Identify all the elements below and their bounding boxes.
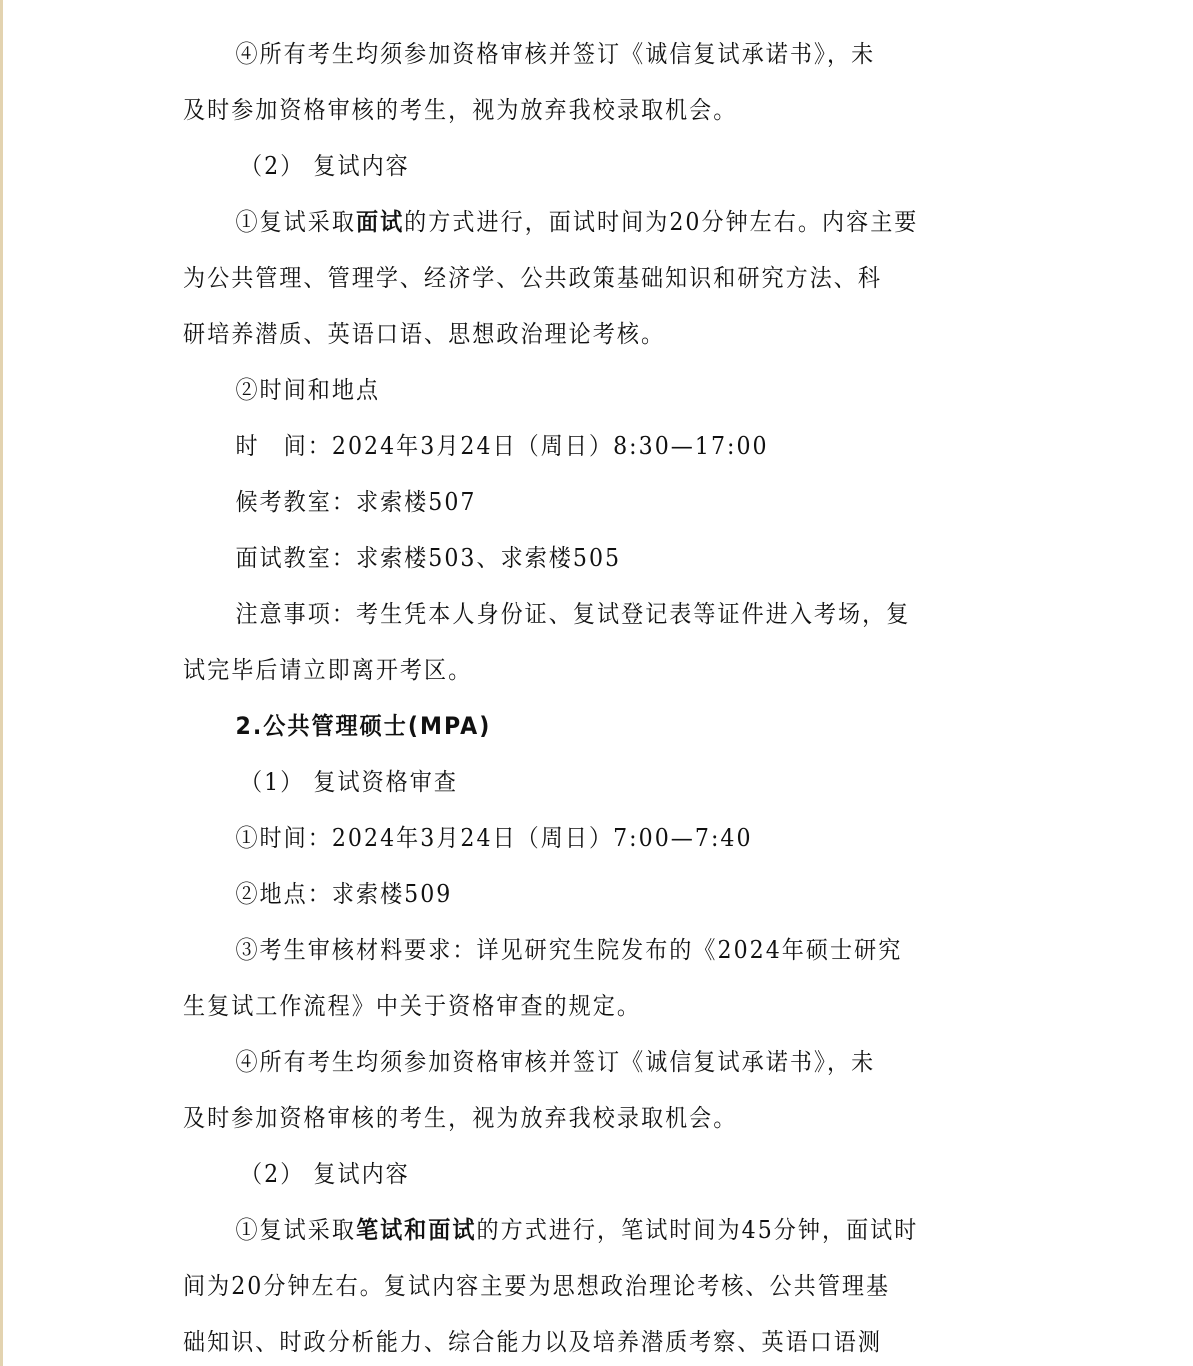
paragraph-line: ①复试采取笔试和面试的方式进行，笔试时间为45分钟，面试时 (183, 1202, 947, 1258)
paragraph-line: 生复试工作流程》中关于资格审查的规定。 (183, 978, 947, 1034)
bold-text: 面试 (356, 207, 404, 236)
time-label: 时 间： (235, 432, 331, 460)
paragraph-line: 础知识、时政分析能力、综合能力以及培养潜质考察、英语口语测 (183, 1314, 947, 1366)
qualification-time: ①时间：2024年3月24日（周日）7:00—7:40 (183, 810, 947, 866)
notes-line: 试完毕后请立即离开考区。 (183, 642, 947, 698)
text-run: ①复试采取 (235, 1216, 356, 1244)
waiting-room-value: 求索楼507 (356, 488, 477, 516)
subsection-heading: （2） 复试内容 (183, 1146, 947, 1202)
paragraph-line: 间为20分钟左右。复试内容主要为思想政治理论考核、公共管理基 (183, 1258, 947, 1314)
bold-text: 笔试和面试 (356, 1215, 477, 1244)
interview-room-value: 求索楼503、求索楼505 (356, 544, 621, 572)
subsection-heading: （1） 复试资格审查 (183, 754, 947, 810)
document-page: ④所有考生均须参加资格审核并签订《诚信复试承诺书》，未 及时参加资格审核的考生，… (183, 26, 1013, 1366)
page-edge-strip (0, 0, 3, 1366)
subsection-heading: （2） 复试内容 (183, 138, 947, 194)
paragraph-line: 研培养潜质、英语口语、思想政治理论考核。 (183, 306, 947, 362)
time-row: 时 间：2024年3月24日（周日）8:30—17:00 (183, 418, 947, 474)
paragraph-line: ③考生审核材料要求：详见研究生院发布的《2024年硕士研究 (183, 922, 947, 978)
paragraph-line: 及时参加资格审核的考生，视为放弃我校录取机会。 (183, 82, 947, 138)
paragraph-line: 及时参加资格审核的考生，视为放弃我校录取机会。 (183, 1090, 947, 1146)
time-value: 2024年3月24日（周日）8:30—17:00 (332, 432, 769, 460)
waiting-room-row: 候考教室：求索楼507 (183, 474, 947, 530)
notes-line: 注意事项：考生凭本人身份证、复试登记表等证件进入考场，复 (183, 586, 947, 642)
interview-room-label: 面试教室： (235, 544, 356, 572)
section-heading-mpa: 2.公共管理硕士(MPA) (183, 698, 947, 754)
paragraph-line: ④所有考生均须参加资格审核并签订《诚信复试承诺书》，未 (183, 1034, 947, 1090)
paragraph-line: 为公共管理、管理学、经济学、公共政策基础知识和研究方法、科 (183, 250, 947, 306)
qualification-place: ②地点：求索楼509 (183, 866, 947, 922)
subheading-time-place: ②时间和地点 (183, 362, 947, 418)
paragraph-line: ④所有考生均须参加资格审核并签订《诚信复试承诺书》，未 (183, 26, 947, 82)
text-run: 的方式进行，面试时间为20分钟左右。内容主要 (404, 208, 918, 236)
interview-room-row: 面试教室：求索楼503、求索楼505 (183, 530, 947, 586)
text-run: ①复试采取 (235, 208, 356, 236)
paragraph-line: ①复试采取面试的方式进行，面试时间为20分钟左右。内容主要 (183, 194, 947, 250)
text-run: 的方式进行，笔试时间为45分钟，面试时 (476, 1216, 918, 1244)
waiting-room-label: 候考教室： (235, 488, 356, 516)
